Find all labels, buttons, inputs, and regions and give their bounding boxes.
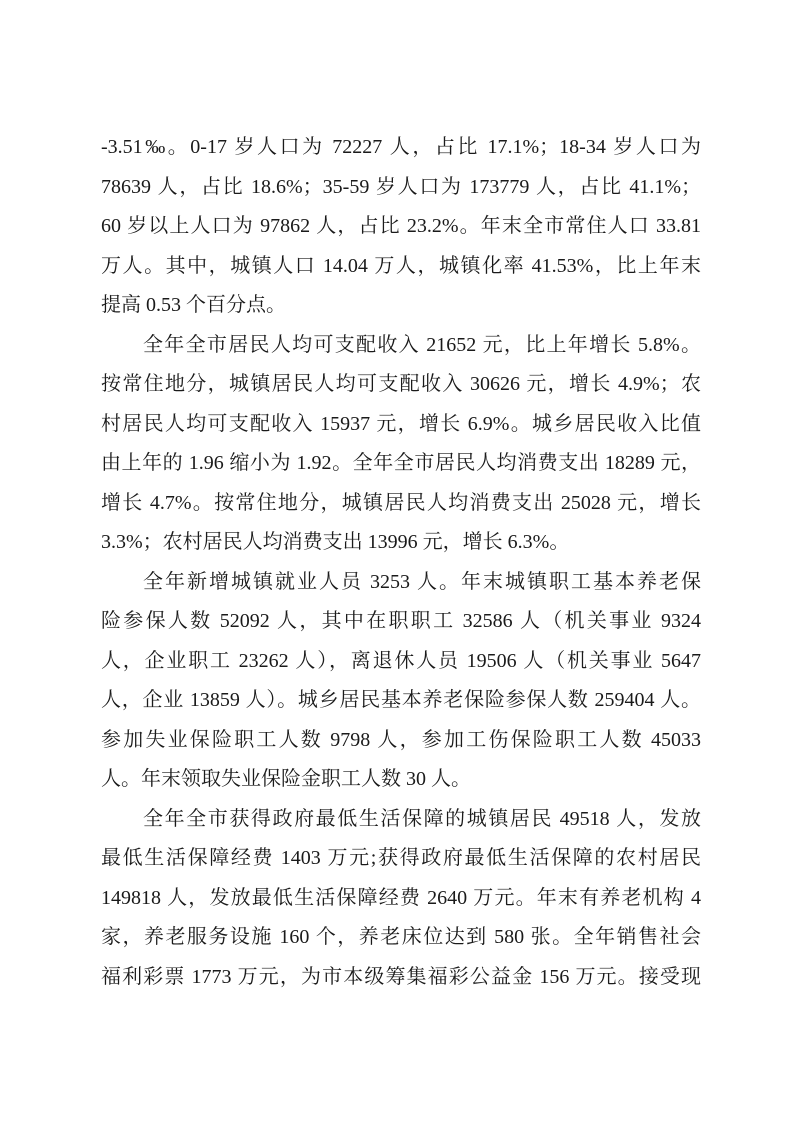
text-line: 全年全市获得政府最低生活保障的城镇居民 49518 人，发放 <box>101 800 701 840</box>
text-line: 人。年末领取失业保险金职工人数 30 人。 <box>101 760 701 800</box>
text-line: 人，企业职工 23262 人），离退休人员 19506 人（机关事业 5647 <box>101 642 701 682</box>
text-line: -3.51‰。0-17 岁人口为 72227 人，占比 17.1%；18-34 … <box>101 128 701 168</box>
paragraph-employment-social-insurance: 全年新增城镇就业人员 3253 人。年末城镇职工基本养老保 险参保人数 5209… <box>101 563 701 800</box>
text-line: 增长 4.7%。按常住地分，城镇居民人均消费支出 25028 元，增长 <box>101 484 701 524</box>
text-line: 村居民人均可支配收入 15937 元，增长 6.9%。城乡居民收入比值 <box>101 405 701 445</box>
text-line: 福利彩票 1773 万元，为市本级筹集福彩公益金 156 万元。接受现 <box>101 958 701 998</box>
paragraph-social-welfare: 全年全市获得政府最低生活保障的城镇居民 49518 人，发放 最低生活保障经费 … <box>101 800 701 998</box>
text-line: 按常住地分，城镇居民人均可支配收入 30626 元，增长 4.9%；农 <box>101 365 701 405</box>
text-line: 最低生活保障经费 1403 万元;获得政府最低生活保障的农村居民 <box>101 839 701 879</box>
text-line: 参加失业保险职工人数 9798 人，参加工伤保险职工人数 45033 <box>101 721 701 761</box>
text-line: 万人。其中，城镇人口 14.04 万人，城镇化率 41.53%，比上年末 <box>101 247 701 287</box>
text-line: 3.3%；农村居民人均消费支出 13996 元，增长 6.3%。 <box>101 523 701 563</box>
text-line: 家，养老服务设施 160 个，养老床位达到 580 张。全年销售社会 <box>101 918 701 958</box>
text-line: 全年全市居民人均可支配收入 21652 元，比上年增长 5.8%。 <box>101 326 701 366</box>
paragraph-population-age-structure: -3.51‰。0-17 岁人口为 72227 人，占比 17.1%；18-34 … <box>101 128 701 326</box>
text-line: 由上年的 1.96 缩小为 1.92。全年全市居民人均消费支出 18289 元， <box>101 444 701 484</box>
text-line: 全年新增城镇就业人员 3253 人。年末城镇职工基本养老保 <box>101 563 701 603</box>
text-line: 149818 人，发放最低生活保障经费 2640 万元。年末有养老机构 4 <box>101 879 701 919</box>
paragraph-income-expenditure: 全年全市居民人均可支配收入 21652 元，比上年增长 5.8%。 按常住地分，… <box>101 326 701 563</box>
text-line: 提高 0.53 个百分点。 <box>101 286 701 326</box>
document-page: -3.51‰。0-17 岁人口为 72227 人，占比 17.1%；18-34 … <box>0 0 793 1122</box>
text-line: 60 岁以上人口为 97862 人，占比 23.2%。年末全市常住人口 33.8… <box>101 207 701 247</box>
text-line: 人，企业 13859 人）。城乡居民基本养老保险参保人数 259404 人。 <box>101 681 701 721</box>
text-line: 险参保人数 52092 人，其中在职职工 32586 人（机关事业 9324 <box>101 602 701 642</box>
text-line: 78639 人，占比 18.6%；35-59 岁人口为 173779 人，占比 … <box>101 168 701 208</box>
